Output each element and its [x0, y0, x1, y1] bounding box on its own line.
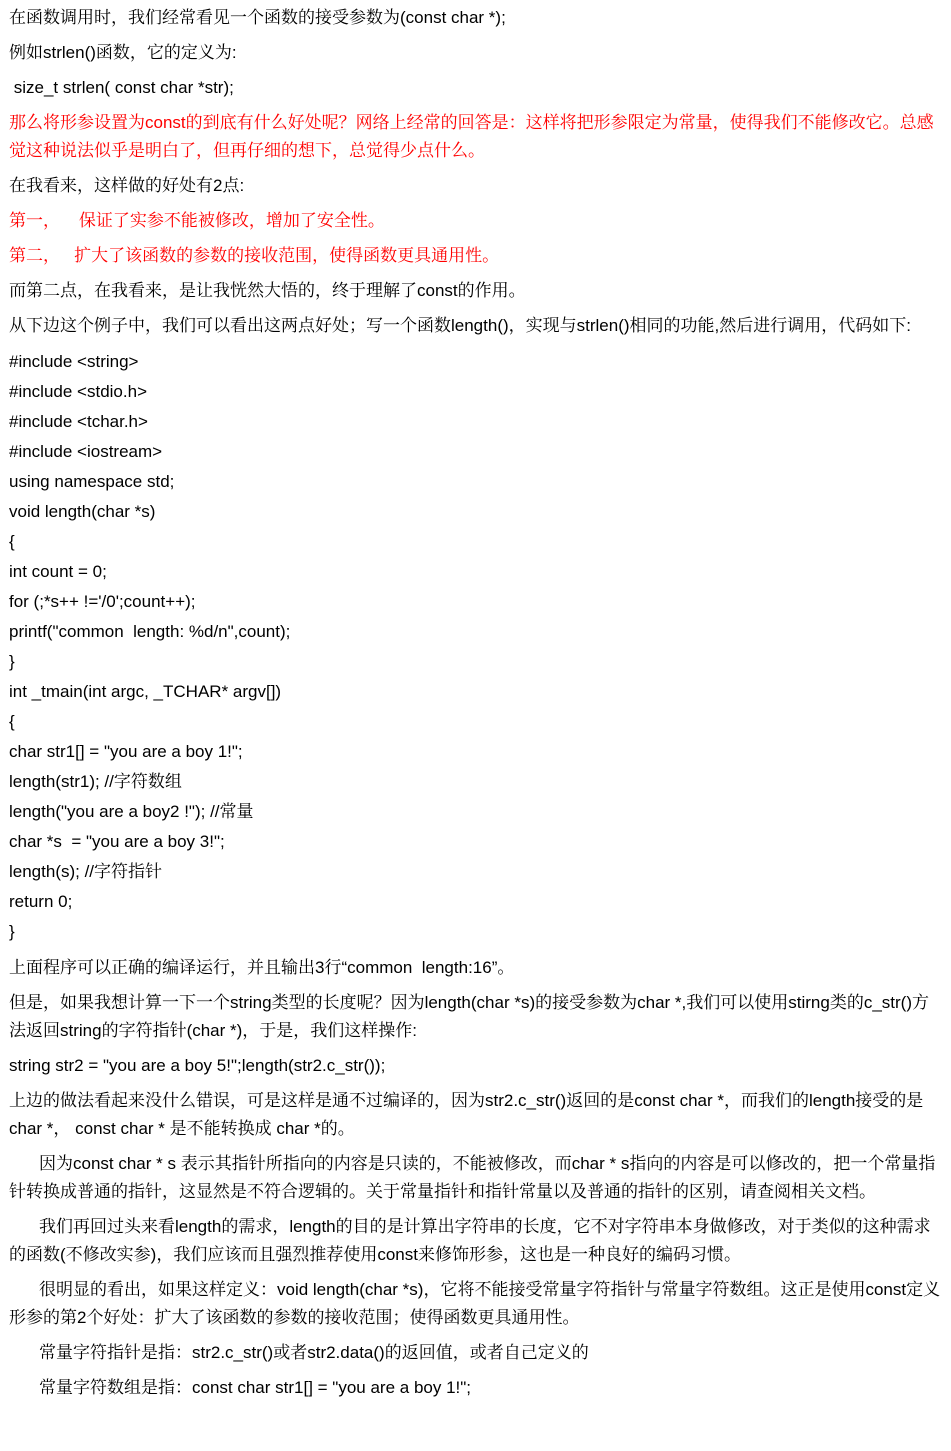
paragraph-length-requirement: 我们再回过头来看length的需求，length的目的是计算出字符串的长度，它不… — [9, 1213, 943, 1269]
paragraph-const-char-pointer-def: 常量字符指针是指：str2.c_str()或者str2.data()的返回值，或… — [9, 1339, 943, 1367]
paragraph-compile-error-explain: 上边的做法看起来没什么错误，可是这样是通不过编译的，因为str2.c_str()… — [9, 1087, 943, 1143]
code-line: using namespace std; — [9, 467, 943, 497]
paragraph-second-benefit-conclusion: 很明显的看出，如果这样定义：void length(char *s)，它将不能接… — [9, 1276, 943, 1332]
paragraph-program-output: 上面程序可以正确的编译运行，并且输出3行“common length:16”。 — [9, 954, 943, 982]
code-line: #include <iostream> — [9, 437, 943, 467]
paragraph-intro: 在函数调用时，我们经常看见一个函数的接受参数为(const char *); — [9, 4, 943, 32]
article-body: 在函数调用时，我们经常看见一个函数的接受参数为(const char *); 例… — [0, 0, 951, 1451]
code-line: length(str1); //字符数组 — [9, 767, 943, 797]
paragraph-str2-code: string str2 = "you are a boy 5!";length(… — [9, 1052, 943, 1080]
paragraph-second-point-remark: 而第二点，在我看来，是让我恍然大悟的，终于理解了const的作用。 — [9, 277, 943, 305]
code-line: #include <stdio.h> — [9, 377, 943, 407]
code-line: length(s); //字符指针 — [9, 857, 943, 887]
code-line: int _tmain(int argc, _TCHAR* argv[]) — [9, 677, 943, 707]
paragraph-benefit-2: 第二， 扩大了该函数的参数的接收范围，使得函数更具通用性。 — [9, 242, 943, 270]
paragraph-const-char-array-def: 常量字符数组是指：const char str1[] = "you are a … — [9, 1374, 943, 1402]
paragraph-benefit-1: 第一， 保证了实参不能被修改，增加了安全性。 — [9, 207, 943, 235]
code-line: printf("common length: %d/n",count); — [9, 617, 943, 647]
code-line: length("you are a boy2 !"); //常量 — [9, 797, 943, 827]
paragraph-example-intro: 从下边这个例子中，我们可以看出这两点好处；写一个函数length()，实现与st… — [9, 312, 943, 340]
code-line: int count = 0; — [9, 557, 943, 587]
paragraph-string-length-question: 但是，如果我想计算一下一个string类型的长度呢？因为length(char … — [9, 989, 943, 1045]
code-line: void length(char *s) — [9, 497, 943, 527]
paragraph-strlen-signature: size_t strlen( const char *str); — [9, 74, 943, 102]
code-line: { — [9, 527, 943, 557]
code-line: #include <tchar.h> — [9, 407, 943, 437]
code-line: for (;*s++ !='/0';count++); — [9, 587, 943, 617]
code-line: } — [9, 917, 943, 947]
paragraph-const-pointer-explain: 因为const char * s 表示其指针所指向的内容是只读的，不能被修改，而… — [9, 1150, 943, 1206]
code-line: return 0; — [9, 887, 943, 917]
code-listing: #include <string> #include <stdio.h> #in… — [9, 347, 943, 947]
code-line: { — [9, 707, 943, 737]
code-line: char *s = "you are a boy 3!"; — [9, 827, 943, 857]
code-line: char str1[] = "you are a boy 1!"; — [9, 737, 943, 767]
paragraph-strlen-intro: 例如strlen()函数，它的定义为: — [9, 39, 943, 67]
paragraph-two-benefits-intro: 在我看来，这样做的好处有2点: — [9, 172, 943, 200]
code-line: } — [9, 647, 943, 677]
paragraph-question-highlight: 那么将形参设置为const的到底有什么好处呢？网络上经常的回答是：这样将把形参限… — [9, 109, 943, 165]
code-line: #include <string> — [9, 347, 943, 377]
